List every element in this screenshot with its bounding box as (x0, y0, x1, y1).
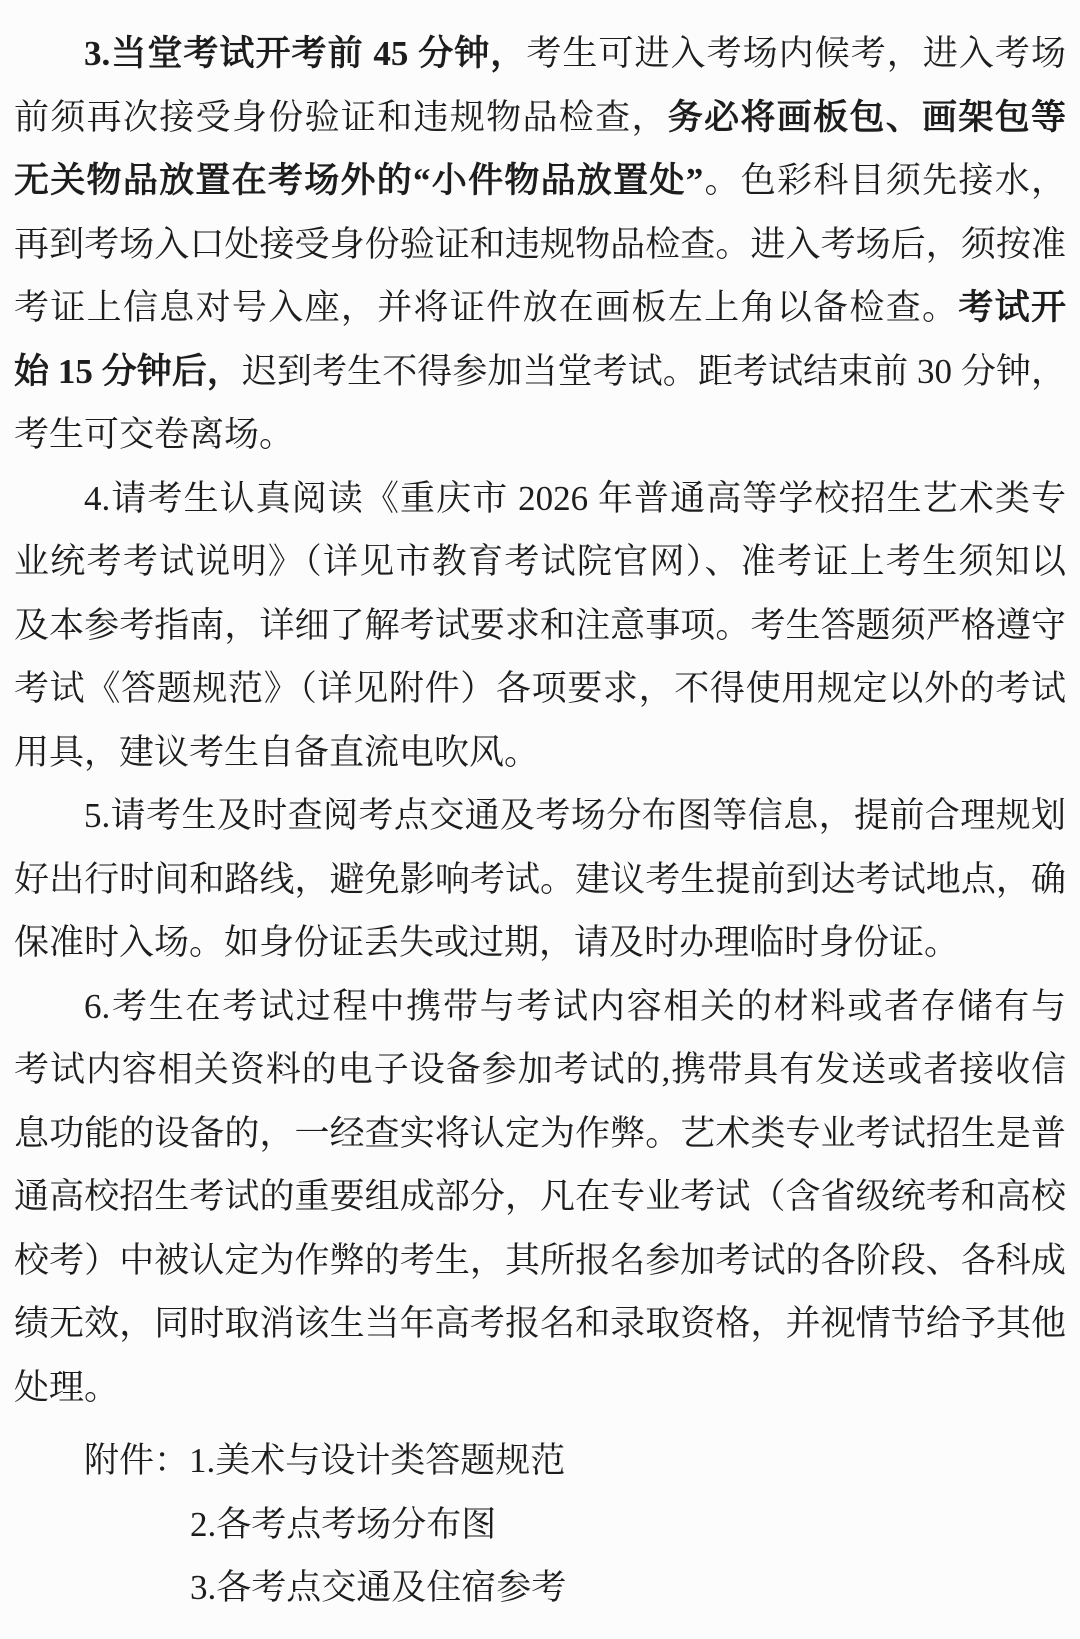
text-run: 及本参考指南，详细了解考试要求和注意事项。考生答题须严格遵守 (14, 606, 1066, 645)
bold-text-run: 始 15 分钟后， (14, 352, 242, 391)
text-line: 绩无效，同时取消该生当年高考报名和录取资格，并视情节给予其他 (14, 1292, 1066, 1356)
text-line: 考试《答题规范》（详见附件）各项要求，不得使用规定以外的考试 (14, 657, 1066, 721)
text-run: 业统考考试说明》（详见市教育考试院官网）、准考证上考生须知以 (14, 542, 1066, 581)
text-line: 考证上信息对号入座，并将证件放在画板左上角以备检查。考试开 (14, 276, 1066, 340)
text-run: 。色彩科目须先接水， (703, 161, 1066, 200)
text-line: 好出行时间和路线，避免影响考试。建议考生提前到达考试地点，确 (14, 848, 1066, 912)
text-run: 处理。 (14, 1368, 119, 1407)
text-run: 5.请考生及时查阅考点交通及考场分布图等信息，提前合理规划 (84, 796, 1066, 835)
text-run: 再到考场入口处接受身份验证和违规物品检查。进入考场后，须按准 (14, 225, 1066, 264)
text-run: 用具，建议考生自备直流电吹风。 (14, 733, 539, 772)
text-line: 4.请考生认真阅读《重庆市 2026 年普通高等学校招生艺术类专 (14, 467, 1066, 531)
text-line: 无关物品放置在考场外的“小件物品放置处”。色彩科目须先接水， (14, 149, 1066, 213)
text-run: 通高校招生考试的重要组成部分，凡在专业考试（含省级统考和高校 (14, 1177, 1066, 1216)
text-run: 考生可交卷离场。 (14, 415, 294, 454)
attachments-list: 附件：1.美术与设计类答题规范2.各考点考场分布图3.各考点交通及住宿参考 (14, 1429, 1066, 1620)
text-line: 校考）中被认定为作弊的考生，其所报名参加考试的各阶段、各科成 (14, 1229, 1066, 1293)
text-line: 5.请考生及时查阅考点交通及考场分布图等信息，提前合理规划 (14, 784, 1066, 848)
text-line: 再到考场入口处接受身份验证和违规物品检查。进入考场后，须按准 (14, 213, 1066, 277)
text-run: 4.请考生认真阅读《重庆市 2026 年普通高等学校招生艺术类专 (84, 479, 1066, 518)
text-line: 前须再次接受身份验证和违规物品检查，务必将画板包、画架包等 (14, 86, 1066, 150)
text-line: 用具，建议考生自备直流电吹风。 (14, 721, 1066, 785)
text-line: 业统考考试说明》（详见市教育考试院官网）、准考证上考生须知以 (14, 530, 1066, 594)
text-line: 处理。 (14, 1356, 1066, 1420)
text-run: 校考）中被认定为作弊的考生，其所报名参加考试的各阶段、各科成 (14, 1241, 1066, 1280)
text-line: 息功能的设备的，一经查实将认定为作弊。艺术类专业考试招生是普 (14, 1102, 1066, 1166)
text-run: 考试《答题规范》（详见附件）各项要求，不得使用规定以外的考试 (14, 669, 1066, 708)
text-run: 绩无效，同时取消该生当年高考报名和录取资格，并视情节给予其他 (14, 1304, 1066, 1343)
text-line: 附件：1.美术与设计类答题规范 (14, 1429, 1066, 1493)
text-run: 保准时入场。如身份证丢失或过期，请及时办理临时身份证。 (14, 923, 959, 962)
text-line: 6.考生在考试过程中携带与考试内容相关的材料或者存储有与 (14, 975, 1066, 1039)
paragraph-item-3: 3.当堂考试开考前 45 分钟，考生可进入考场内候考，进入考场前须再次接受身份验… (14, 22, 1066, 467)
text-line: 考试内容相关资料的电子设备参加考试的,携带具有发送或者接收信 (14, 1038, 1066, 1102)
bold-text-run: 无关物品放置在考场外的“小件物品放置处” (14, 161, 703, 200)
text-run: 考生可进入考场内候考，进入考场 (526, 34, 1066, 73)
bold-text-run: 3.当堂考试开考前 45 分钟， (84, 34, 526, 73)
text-run: 3.各考点交通及住宿参考 (190, 1568, 566, 1607)
paragraph-item-5: 5.请考生及时查阅考点交通及考场分布图等信息，提前合理规划好出行时间和路线，避免… (14, 784, 1066, 975)
paragraph-item-6: 6.考生在考试过程中携带与考试内容相关的材料或者存储有与考试内容相关资料的电子设… (14, 975, 1066, 1420)
bold-text-run: 务必将画板包、画架包等 (668, 98, 1066, 137)
text-line: 3.当堂考试开考前 45 分钟，考生可进入考场内候考，进入考场 (14, 22, 1066, 86)
text-run: 迟到考生不得参加当堂考试。距考试结束前 30 分钟， (242, 352, 1066, 391)
text-run: 2.各考点考场分布图 (190, 1505, 496, 1544)
text-line: 通高校招生考试的重要组成部分，凡在专业考试（含省级统考和高校 (14, 1165, 1066, 1229)
text-run: 息功能的设备的，一经查实将认定为作弊。艺术类专业考试招生是普 (14, 1114, 1066, 1153)
text-line: 2.各考点考场分布图 (14, 1493, 1066, 1557)
text-run: 附件：1.美术与设计类答题规范 (84, 1441, 565, 1480)
text-run: 好出行时间和路线，避免影响考试。建议考生提前到达考试地点，确 (14, 860, 1066, 899)
text-line: 及本参考指南，详细了解考试要求和注意事项。考生答题须严格遵守 (14, 594, 1066, 658)
text-run: 6.考生在考试过程中携带与考试内容相关的材料或者存储有与 (84, 987, 1066, 1026)
text-run: 考证上信息对号入座，并将证件放在画板左上角以备检查。 (14, 288, 958, 327)
text-line: 始 15 分钟后，迟到考生不得参加当堂考试。距考试结束前 30 分钟， (14, 340, 1066, 404)
text-line: 3.各考点交通及住宿参考 (14, 1556, 1066, 1620)
paragraph-item-4: 4.请考生认真阅读《重庆市 2026 年普通高等学校招生艺术类专业统考考试说明》… (14, 467, 1066, 785)
text-run: 前须再次接受身份验证和违规物品检查， (14, 98, 668, 137)
text-line: 保准时入场。如身份证丢失或过期，请及时办理临时身份证。 (14, 911, 1066, 975)
document-page: 3.当堂考试开考前 45 分钟，考生可进入考场内候考，进入考场前须再次接受身份验… (0, 0, 1080, 1639)
document-body: 3.当堂考试开考前 45 分钟，考生可进入考场内候考，进入考场前须再次接受身份验… (14, 22, 1066, 1620)
bold-text-run: 考试开 (958, 288, 1066, 327)
text-run: 考试内容相关资料的电子设备参加考试的,携带具有发送或者接收信 (14, 1050, 1066, 1089)
text-line: 考生可交卷离场。 (14, 403, 1066, 467)
